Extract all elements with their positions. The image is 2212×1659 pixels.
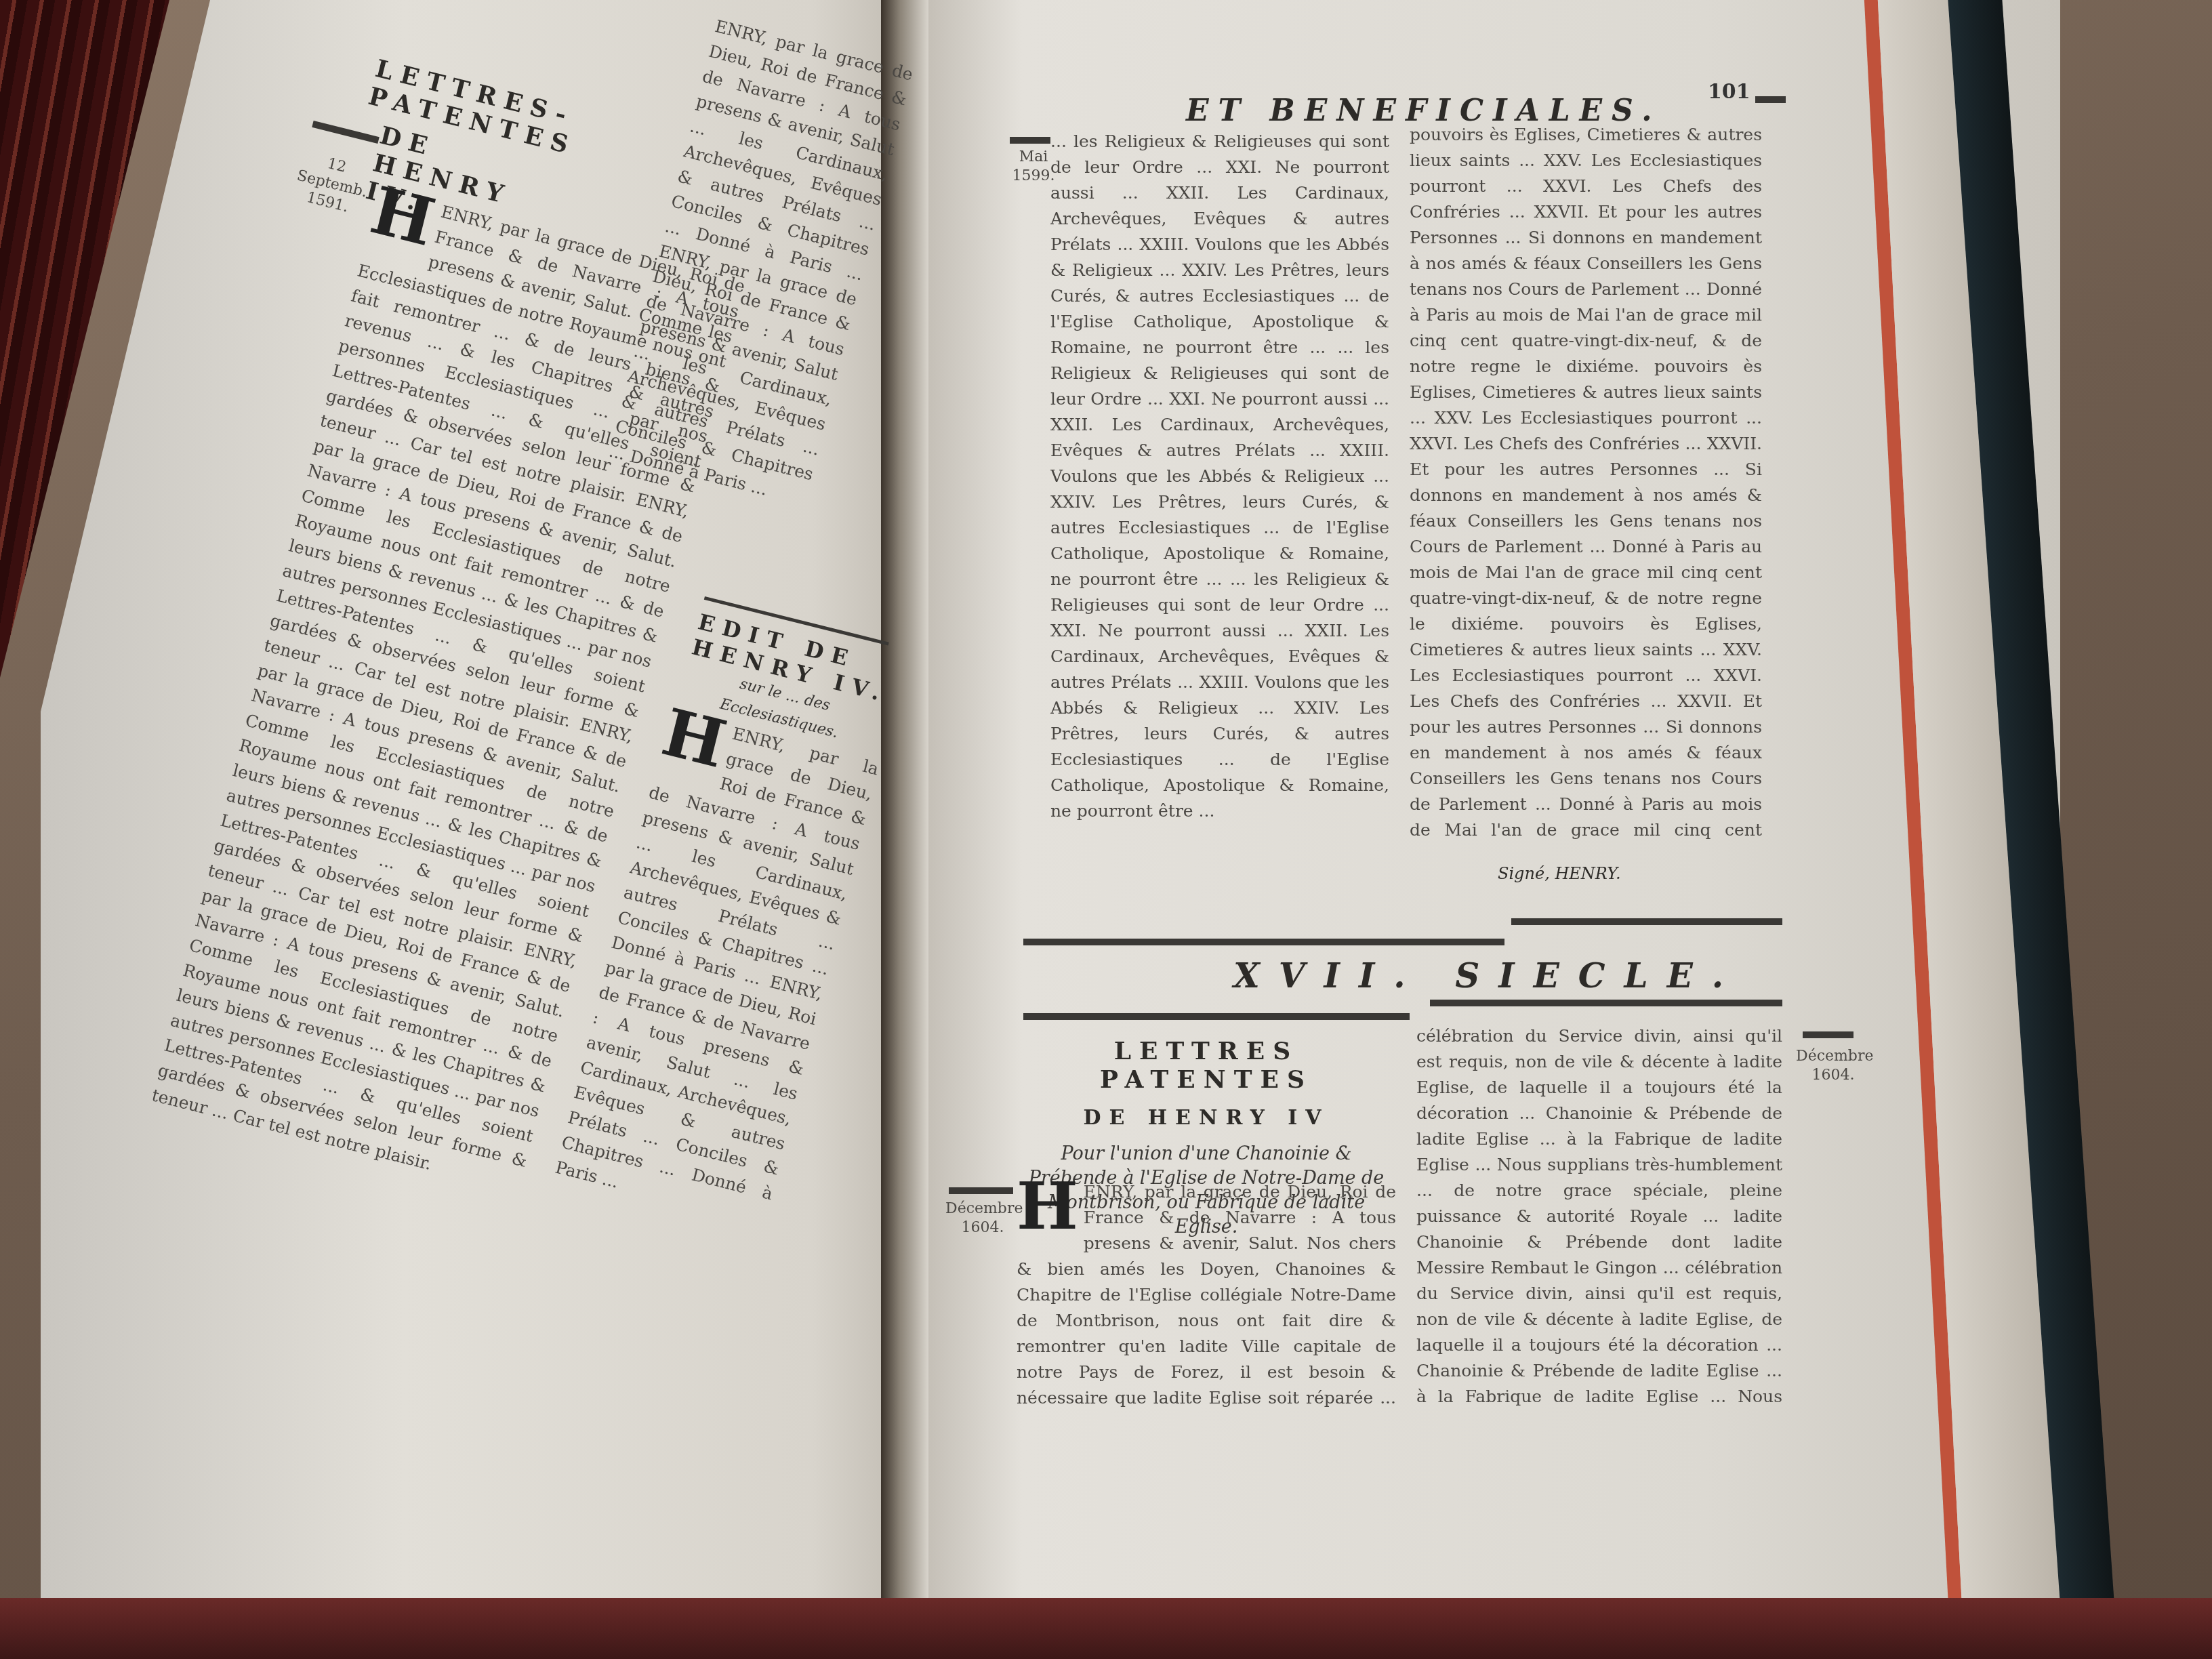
lower-heading-line-1: LETTRES PATENTES [1017, 1037, 1396, 1094]
top-left-margin-rule [1010, 137, 1050, 144]
lower-column-2-body: célébration du Service divin, ainsi qu'i… [1416, 1023, 1782, 1410]
lower-column-2-text-repeat: célébration du Service divin, ainsi qu'i… [1416, 1258, 1782, 1410]
right-column-1-text-repeat: ... les Religieux & Religieuses qui sont… [1050, 337, 1389, 589]
bottom-cover-edge [0, 1598, 2212, 1659]
right-column-2-text: pouvoirs ès Eglises, Cimetieres & autres… [1410, 125, 1762, 376]
right-column-2-body: pouvoirs ès Eglises, Cimetieres & autres… [1410, 122, 1762, 840]
top-right-margin-rule [1755, 96, 1786, 103]
lower-heading-line-2: DE HENRY IV [1017, 1106, 1396, 1130]
right-column-2-text-repeat-2: pouvoirs ès Eglises, Cimetieres & autres… [1410, 614, 1762, 840]
lower-rule-left [1023, 1013, 1410, 1020]
margin-note-right-decembre-1604: Décembre 1604. [1796, 1047, 1870, 1085]
lower-column-2-text: célébration du Service divin, ainsi qu'i… [1416, 1026, 1782, 1277]
right-column-2-text-repeat: pouvoirs ès Eglises, Cimetieres & autres… [1410, 356, 1762, 634]
section-rule-left [1023, 939, 1504, 945]
lower-rule-right [1430, 1000, 1782, 1006]
right-column-1-text-repeat-2: ... les Religieux & Religieuses qui sont… [1050, 569, 1389, 821]
book-gutter [881, 0, 928, 1626]
dropcap: H [1017, 1179, 1078, 1233]
signature: Signé, HENRY. [1498, 864, 1621, 883]
section-title: XVII. SIECLE. [1233, 956, 1742, 996]
page-number: 101 [1708, 80, 1750, 104]
margin-note-decembre-1604: Décembre 1604. [945, 1200, 1020, 1237]
right-column-1-text: ... les Religieux & Religieuses qui sont… [1050, 131, 1389, 357]
section-rule-right [1511, 918, 1782, 925]
lower-left-margin-rule [949, 1187, 1013, 1194]
right-column-1-body: ... les Religieux & Religieuses qui sont… [1050, 129, 1389, 888]
lower-right-margin-rule [1803, 1031, 1853, 1038]
lower-column-1-body: H ENRY, par la grace de Dieu, Roi de Fra… [1017, 1179, 1396, 1410]
